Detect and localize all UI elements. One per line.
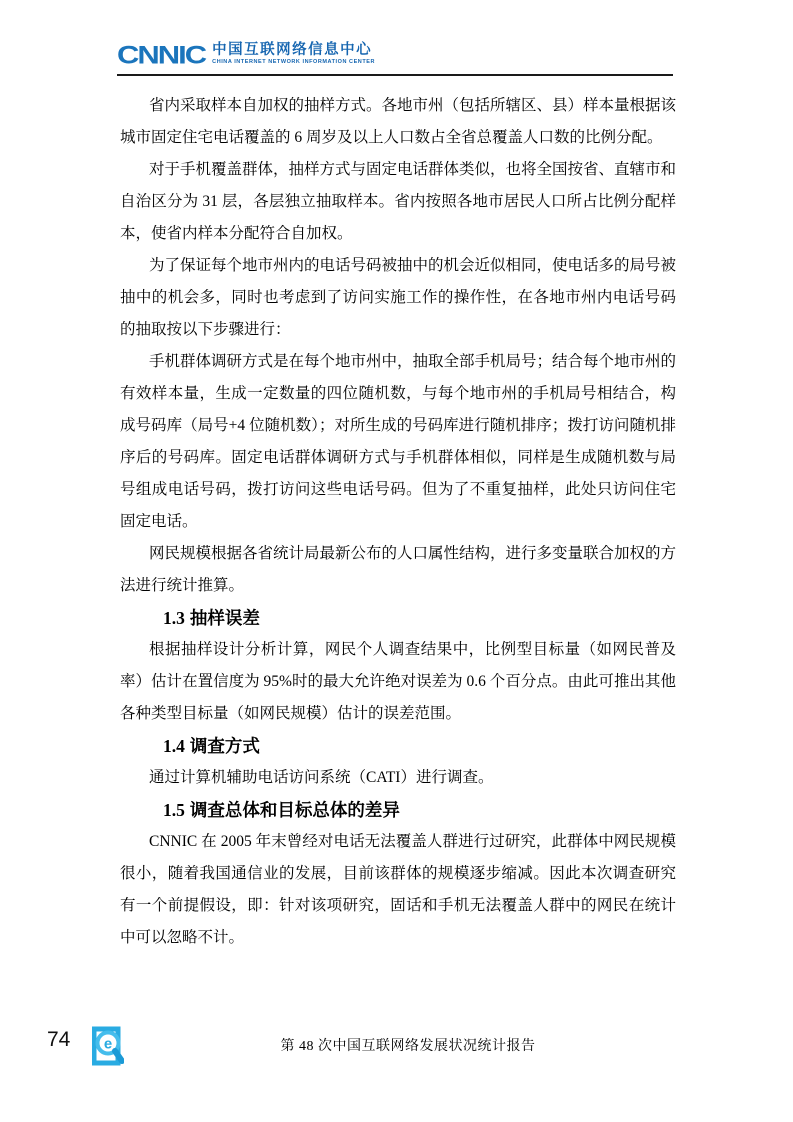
paragraph: 省内采取样本自加权的抽样方式。各地市州（包括所辖区、县）样本量根据该城市固定住宅… — [120, 90, 676, 154]
paragraph: 根据抽样设计分析计算，网民个人调查结果中，比例型目标量（如网民普及率）估计在置信… — [120, 634, 676, 730]
section-heading: 1.5调查总体和目标总体的差异 — [163, 799, 676, 822]
section-title: 调查方式 — [190, 736, 260, 756]
svg-text:e: e — [104, 1036, 112, 1053]
section-number: 1.4 — [163, 736, 185, 756]
paragraph: 网民规模根据各省统计局最新公布的人口属性结构，进行多变量联合加权的方法进行统计推… — [120, 538, 676, 602]
cnnic-logo: CNNIC — [117, 45, 205, 66]
org-name-block: 中国互联网络信息中心 CHINA INTERNET NETWORK INFORM… — [212, 43, 375, 66]
document-page: CNNIC 中国互联网络信息中心 CHINA INTERNET NETWORK … — [0, 0, 793, 1122]
section-number: 1.3 — [163, 608, 185, 628]
header-divider — [117, 74, 673, 76]
paragraph: 手机群体调研方式是在每个地市州中，抽取全部手机局号；结合每个地市州的有效样本量，… — [120, 346, 676, 538]
page-number: 74 — [47, 1028, 70, 1052]
footer-report-title: 第 48 次中国互联网络发展状况统计报告 — [120, 1035, 696, 1055]
section-heading: 1.4调查方式 — [163, 735, 676, 758]
org-name-english: CHINA INTERNET NETWORK INFORMATION CENTE… — [212, 59, 375, 65]
section-number: 1.5 — [163, 800, 185, 820]
org-name-chinese: 中国互联网络信息中心 — [212, 43, 375, 58]
paragraph: CNNIC 在 2005 年末曾经对电话无法覆盖人群进行过研究，此群体中网民规模… — [120, 826, 676, 954]
document-body: 省内采取样本自加权的抽样方式。各地市州（包括所辖区、县）样本量根据该城市固定住宅… — [120, 90, 676, 954]
section-heading: 1.3抽样误差 — [163, 607, 676, 630]
section-title: 抽样误差 — [190, 608, 260, 628]
paragraph: 为了保证每个地市州内的电话号码被抽中的机会近似相同，使电话多的局号被抽中的机会多… — [120, 250, 676, 346]
page-header: CNNIC 中国互联网络信息中心 CHINA INTERNET NETWORK … — [117, 40, 375, 66]
paragraph: 对于手机覆盖群体，抽样方式与固定电话群体类似，也将全国按省、直辖市和自治区分为 … — [120, 154, 676, 250]
section-title: 调查总体和目标总体的差异 — [190, 800, 400, 820]
paragraph: 通过计算机辅助电话访问系统（CATI）进行调查。 — [120, 762, 676, 794]
